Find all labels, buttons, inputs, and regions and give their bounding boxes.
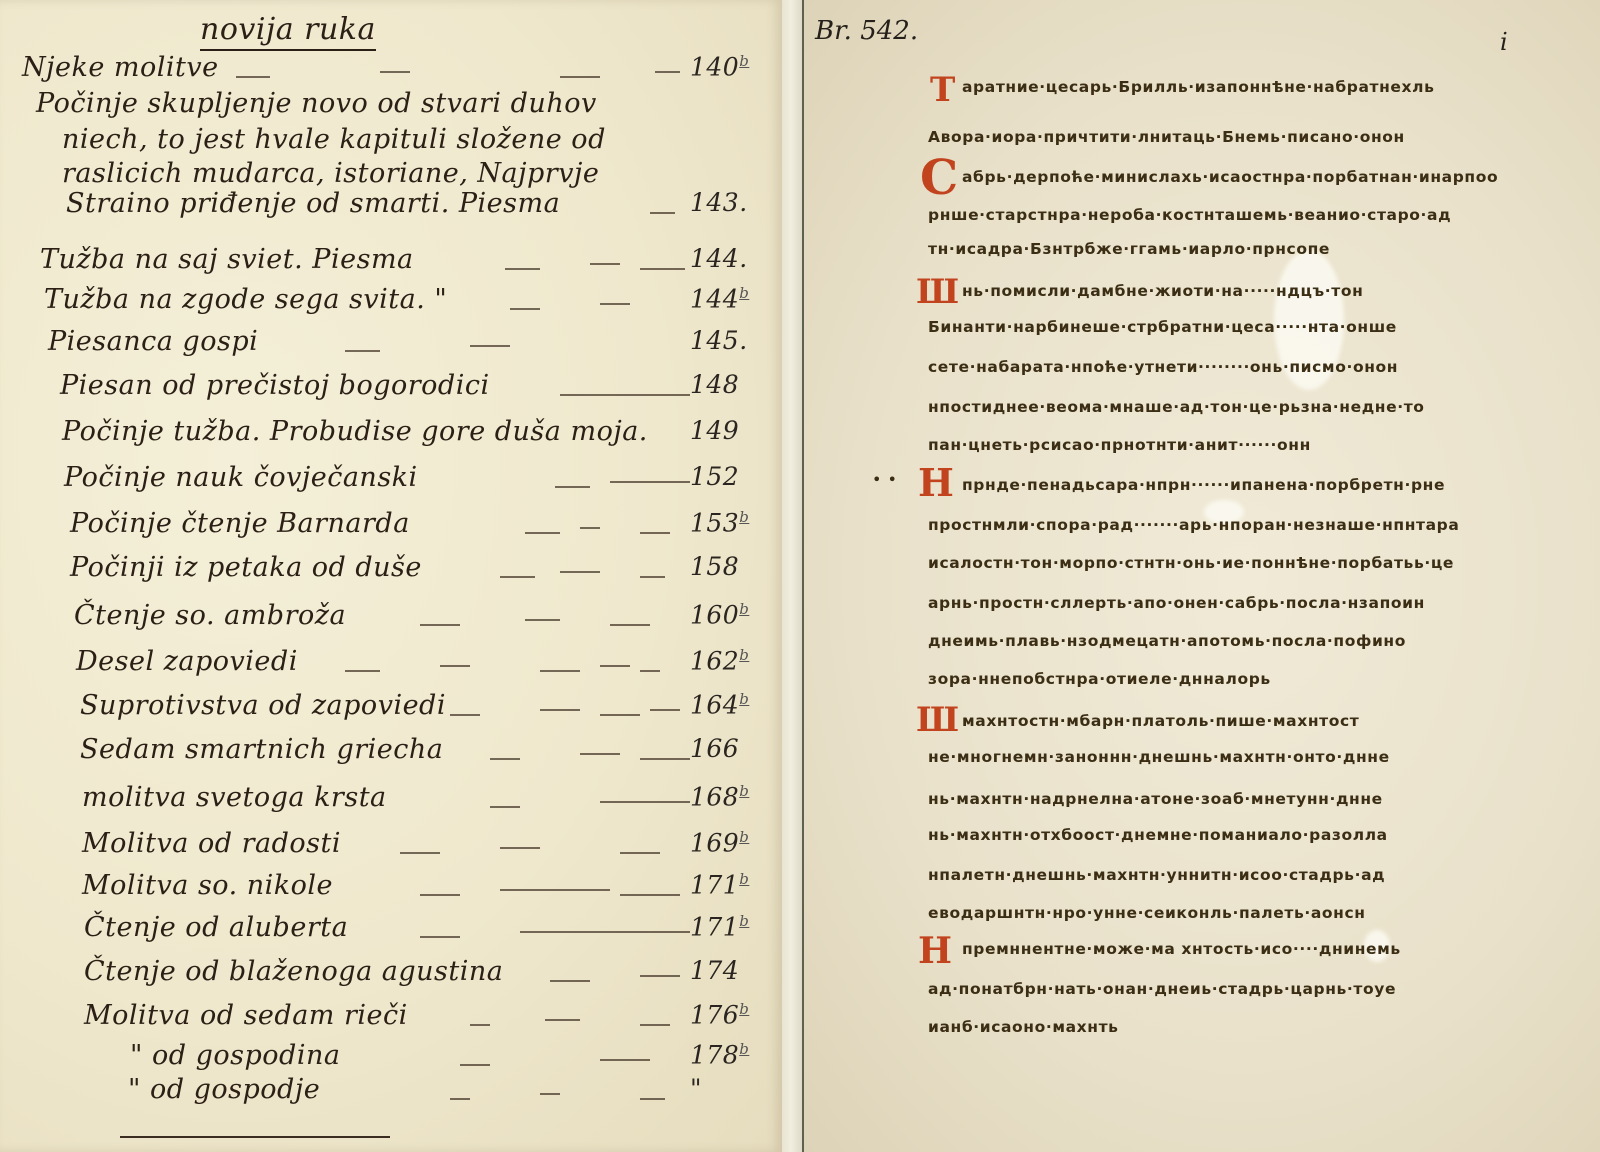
- page-reference: 176b: [690, 1000, 749, 1029]
- entry-title: Sedam smartnich griecha: [80, 734, 443, 765]
- page-reference: 168b: [690, 782, 749, 811]
- leader-dash: [560, 571, 600, 573]
- leader-dash: [345, 350, 380, 352]
- leader-dash: [525, 532, 560, 534]
- rubricated-initial: Ш: [916, 700, 959, 740]
- toc-entry: Suprotivstva od zapoviedi164b: [0, 690, 782, 734]
- toc-entry: Počinji iz petaka od duše158: [0, 552, 782, 596]
- leader-dash: [640, 758, 690, 760]
- rubricated-initial: Н: [918, 930, 952, 972]
- leader-dash: [345, 670, 380, 672]
- toc-entry: Molitva od sedam rieči176b: [0, 1000, 782, 1044]
- manuscript-line: нь·помисли·дамбне·жиоти·на·····ндцъ·тон: [962, 282, 1363, 300]
- manuscript-line: прнде·пенадьсара·нпрн······ипанена·порбр…: [962, 476, 1445, 494]
- entry-title: Desel zapoviedi: [76, 646, 298, 677]
- manuscript-line: простнмли·спора·рад·······арь·нпоран·нез…: [928, 516, 1459, 534]
- manuscript-line: Авора·иора·причтити·лнитаць·Бнемь·писано…: [928, 128, 1405, 146]
- entry-title: raslicich mudarca, istoriane, Najprvje: [62, 158, 599, 189]
- closing-rule: [120, 1136, 390, 1138]
- page-reference: 169b: [690, 828, 749, 857]
- page-reference: 171b: [690, 870, 749, 899]
- leader-dash: [440, 665, 470, 667]
- leader-dash: [520, 931, 690, 933]
- leader-dash: [470, 1024, 490, 1026]
- leader-dash: [540, 1093, 560, 1095]
- page-reference: 164b: [690, 690, 749, 719]
- entry-title: Piesanca gospi: [48, 326, 258, 357]
- leader-dash: [590, 263, 620, 265]
- leader-dash: [600, 303, 630, 305]
- leader-dash: [400, 852, 440, 854]
- leader-dash: [525, 619, 560, 621]
- toc-entry: " od gospodje": [0, 1074, 782, 1118]
- verso-marker: b: [739, 1040, 749, 1058]
- page-reference: ": [690, 1074, 702, 1103]
- page-reference: 140b: [690, 52, 749, 81]
- verso-marker: b: [739, 52, 749, 70]
- leader-dash: [600, 665, 630, 667]
- manuscript-line: зора·ннепобстнра·отиеле·днналорь: [928, 670, 1271, 688]
- manuscript-line: арнь·простн·сллерть·апо·онен·сабрь·посла…: [928, 594, 1425, 612]
- page-reference: 149: [690, 416, 739, 445]
- entry-title: Počinje skupljenje novo od stvari duhov: [36, 88, 597, 119]
- leader-dash: [505, 268, 540, 270]
- leader-dash: [640, 1024, 670, 1026]
- leader-dash: [470, 345, 510, 347]
- verso-marker: b: [739, 782, 749, 800]
- page-reference: 145.: [690, 326, 748, 355]
- leader-dash: [500, 847, 540, 849]
- toc-entry: Počinje nauk čovječanski152: [0, 462, 782, 506]
- verso-marker: b: [739, 1000, 749, 1018]
- leader-dash: [540, 709, 580, 711]
- leader-dash: [655, 71, 680, 73]
- manuscript-line: абрь·дерпоће·минислахь·исаостнрa·порбатн…: [962, 168, 1498, 186]
- page-reference: 174: [690, 956, 739, 985]
- entry-title: Njeke molitve: [22, 52, 219, 83]
- leader-dash: [420, 624, 460, 626]
- entry-title: molitva svetoga krsta: [82, 782, 387, 813]
- toc-entry: Čtenje od blaženoga agustina174: [0, 956, 782, 1000]
- leader-dash: [460, 1064, 490, 1066]
- leader-dash: [640, 670, 660, 672]
- page-reference: 178b: [690, 1040, 749, 1069]
- leader-dash: [640, 576, 665, 578]
- verso-marker: b: [739, 912, 749, 930]
- entry-title: Molitva so. nikole: [82, 870, 333, 901]
- toc-entry: Molitva od radosti169b: [0, 828, 782, 872]
- toc-entry: Čtenje so. ambroža160b: [0, 600, 782, 644]
- manuscript-line: нпалетн·днешнь·махнтн·уннитн·исоо·стадрь…: [928, 866, 1385, 884]
- page-reference: 160b: [690, 600, 749, 629]
- manuscript-line: Бинанти·нарбинеше·стрбратни·цеса·····нта…: [928, 318, 1397, 336]
- manuscript-line: ианб·исаоно·махнть: [928, 1018, 1119, 1036]
- verso-marker: b: [739, 870, 749, 888]
- leader-dash: [620, 894, 680, 896]
- manuscript-line: днеимь·плавь·нзодмецатн·апотомь·посла·по…: [928, 632, 1406, 650]
- rubricated-initial: С: [920, 150, 958, 206]
- leader-dash: [610, 481, 690, 483]
- leader-dash: [640, 532, 670, 534]
- entry-title: " od gospodje: [128, 1074, 320, 1105]
- leader-dash: [500, 889, 610, 891]
- manuscript-line: нь·махнтн·надрнелна·атоне·зоаб·мнетунн·д…: [928, 790, 1383, 808]
- page-reference: 144.: [690, 244, 748, 273]
- leader-dash: [640, 1098, 665, 1100]
- manuscript-line: премннентне·може·ма хнтость·исо····днине…: [962, 940, 1401, 958]
- page-reference: 166: [690, 734, 739, 763]
- rubricated-initial: Т: [930, 70, 955, 110]
- manuscript-line: рншe·старстнра·нероба·костнтaшемь·веанио…: [928, 206, 1451, 224]
- leader-dash: [620, 852, 660, 854]
- manuscript-line: пан·цнеть·рсисао·прнотнти·анит······онн: [928, 436, 1311, 454]
- entry-title: Molitva od sedam rieči: [84, 1000, 408, 1031]
- toc-entry: Sedam smartnich griecha166: [0, 734, 782, 778]
- toc-entry: Čtenje od aluberta171b: [0, 912, 782, 956]
- leader-dash: [640, 975, 680, 977]
- leader-dash: [450, 714, 480, 716]
- book-gutter: [782, 0, 804, 1152]
- manuscript-line: арaтние·цесарь·Брилль·изапоннѣне·набратн…: [962, 78, 1435, 96]
- leader-dash: [540, 670, 580, 672]
- leader-dash: [420, 936, 460, 938]
- manuscript-line: исалостн·тон·морпо·стнтн·онь·ие·поннѣне·…: [928, 554, 1454, 572]
- leader-dash: [600, 1059, 650, 1061]
- toc-entry: Straino priđenje od smarti. Piesma143.: [0, 188, 782, 232]
- manuscript-line: тн·исадра·Бзнтрбже·ггамь·иарло·прнсопе: [928, 240, 1330, 258]
- verso-marker: b: [739, 646, 749, 664]
- page-reference: 152: [690, 462, 739, 491]
- manuscript-line: нь·махнтн·отхбоост·днемне·поманиало·разо…: [928, 826, 1388, 844]
- entry-title: Počinje nauk čovječanski: [64, 462, 418, 493]
- toc-entry: Desel zapoviedi162b: [0, 646, 782, 690]
- manuscript-line: ад·понатбрн·нать·онан·днеиь·стадрь·царнь…: [928, 980, 1396, 998]
- entry-title: Počinje tužba. Probudise gore duša moja.: [62, 416, 648, 447]
- rubricated-initial: Ш: [916, 272, 959, 312]
- leader-dash: [560, 394, 690, 396]
- entry-title: Piesan od prečistoj bogorodici: [60, 370, 490, 401]
- manuscript-line: сете·набарата·нпоће·утнети········онь·пи…: [928, 358, 1398, 376]
- entry-title: Čtenje od aluberta: [84, 912, 348, 943]
- entry-title: Tužba na zgode sega svita. ": [44, 284, 447, 315]
- entry-title: Počinji iz petaka od duše: [70, 552, 422, 583]
- toc-entry: Počinje tužba. Probudise gore duša moja.…: [0, 416, 782, 460]
- leader-dash: [555, 486, 590, 488]
- leader-dash: [510, 308, 540, 310]
- rubricated-initial: Н: [918, 460, 954, 505]
- leader-dash: [545, 1019, 580, 1021]
- entry-title: niech, to jest hvale kapituli složene od: [62, 124, 606, 155]
- entry-title: Molitva od radosti: [82, 828, 341, 859]
- verso-marker: b: [739, 828, 749, 846]
- toc-entry: Piesanca gospi145.: [0, 326, 782, 370]
- toc-entry: Tužba na saj sviet. Piesma144.: [0, 244, 782, 288]
- toc-entry: Tužba na zgode sega svita. "144b: [0, 284, 782, 328]
- toc-entry: Piesan od prečistoj bogorodici148: [0, 370, 782, 414]
- leader-dash: [550, 980, 590, 982]
- manuscript-line: еводаршнтн·нро·унне·сеиконль·палеть·аонс…: [928, 904, 1366, 922]
- toc-entry: Molitva so. nikole171b: [0, 870, 782, 914]
- leader-dash: [500, 576, 535, 578]
- entry-title: Straino priđenje od smarti. Piesma: [66, 188, 560, 219]
- entry-title: Tužba na saj sviet. Piesma: [40, 244, 414, 275]
- leader-dash: [560, 76, 600, 78]
- leader-dash: [236, 76, 270, 78]
- leader-dash: [650, 212, 675, 214]
- entry-title: Počinje čtenje Barnarda: [70, 508, 410, 539]
- shelfmark: Br. 542.: [815, 16, 918, 46]
- leader-dash: [490, 758, 520, 760]
- verso-marker: b: [739, 690, 749, 708]
- manuscript-line: нпостиднее·веома·мнаше·ад·тон·це·рьзна·н…: [928, 398, 1425, 416]
- folio-number: i: [1500, 28, 1508, 56]
- entry-title: " od gospodina: [130, 1040, 340, 1071]
- verso-marker: b: [739, 508, 749, 526]
- leader-dash: [640, 268, 685, 270]
- page-heading: novija ruka: [200, 12, 376, 51]
- leader-dash: [420, 894, 460, 896]
- page-reference: 162b: [690, 646, 749, 675]
- entry-title: Suprotivstva od zapoviedi: [80, 690, 446, 721]
- manuscript-spread: novija ruka Njeke molitve140bPočinje sku…: [0, 0, 1600, 1152]
- leader-dash: [490, 806, 520, 808]
- entry-title: Čtenje so. ambroža: [74, 600, 346, 631]
- leader-dash: [450, 1098, 470, 1100]
- page-reference: 144b: [690, 284, 749, 313]
- page-reference: 148: [690, 370, 739, 399]
- margin-mark: ••: [872, 470, 903, 489]
- page-reference: 153b: [690, 508, 749, 537]
- left-page: novija ruka Njeke molitve140bPočinje sku…: [0, 0, 782, 1152]
- leader-dash: [580, 753, 620, 755]
- leader-dash: [380, 71, 410, 73]
- toc-entry: Počinje čtenje Barnarda153b: [0, 508, 782, 552]
- leader-dash: [600, 801, 690, 803]
- page-reference: 158: [690, 552, 739, 581]
- page-reference: 143.: [690, 188, 748, 217]
- leader-dash: [650, 709, 680, 711]
- entry-title: Čtenje od blaženoga agustina: [84, 956, 503, 987]
- verso-marker: b: [739, 284, 749, 302]
- toc-entry: molitva svetoga krsta168b: [0, 782, 782, 826]
- leader-dash: [610, 624, 650, 626]
- leader-dash: [580, 527, 600, 529]
- verso-marker: b: [739, 600, 749, 618]
- leader-dash: [600, 714, 640, 716]
- manuscript-line: махнтостн·мбарн·платоль·пише·махнтост: [962, 712, 1359, 730]
- page-reference: 171b: [690, 912, 749, 941]
- manuscript-line: не·многнемн·заноннн·днешнь·махнтн·онто·д…: [928, 748, 1390, 766]
